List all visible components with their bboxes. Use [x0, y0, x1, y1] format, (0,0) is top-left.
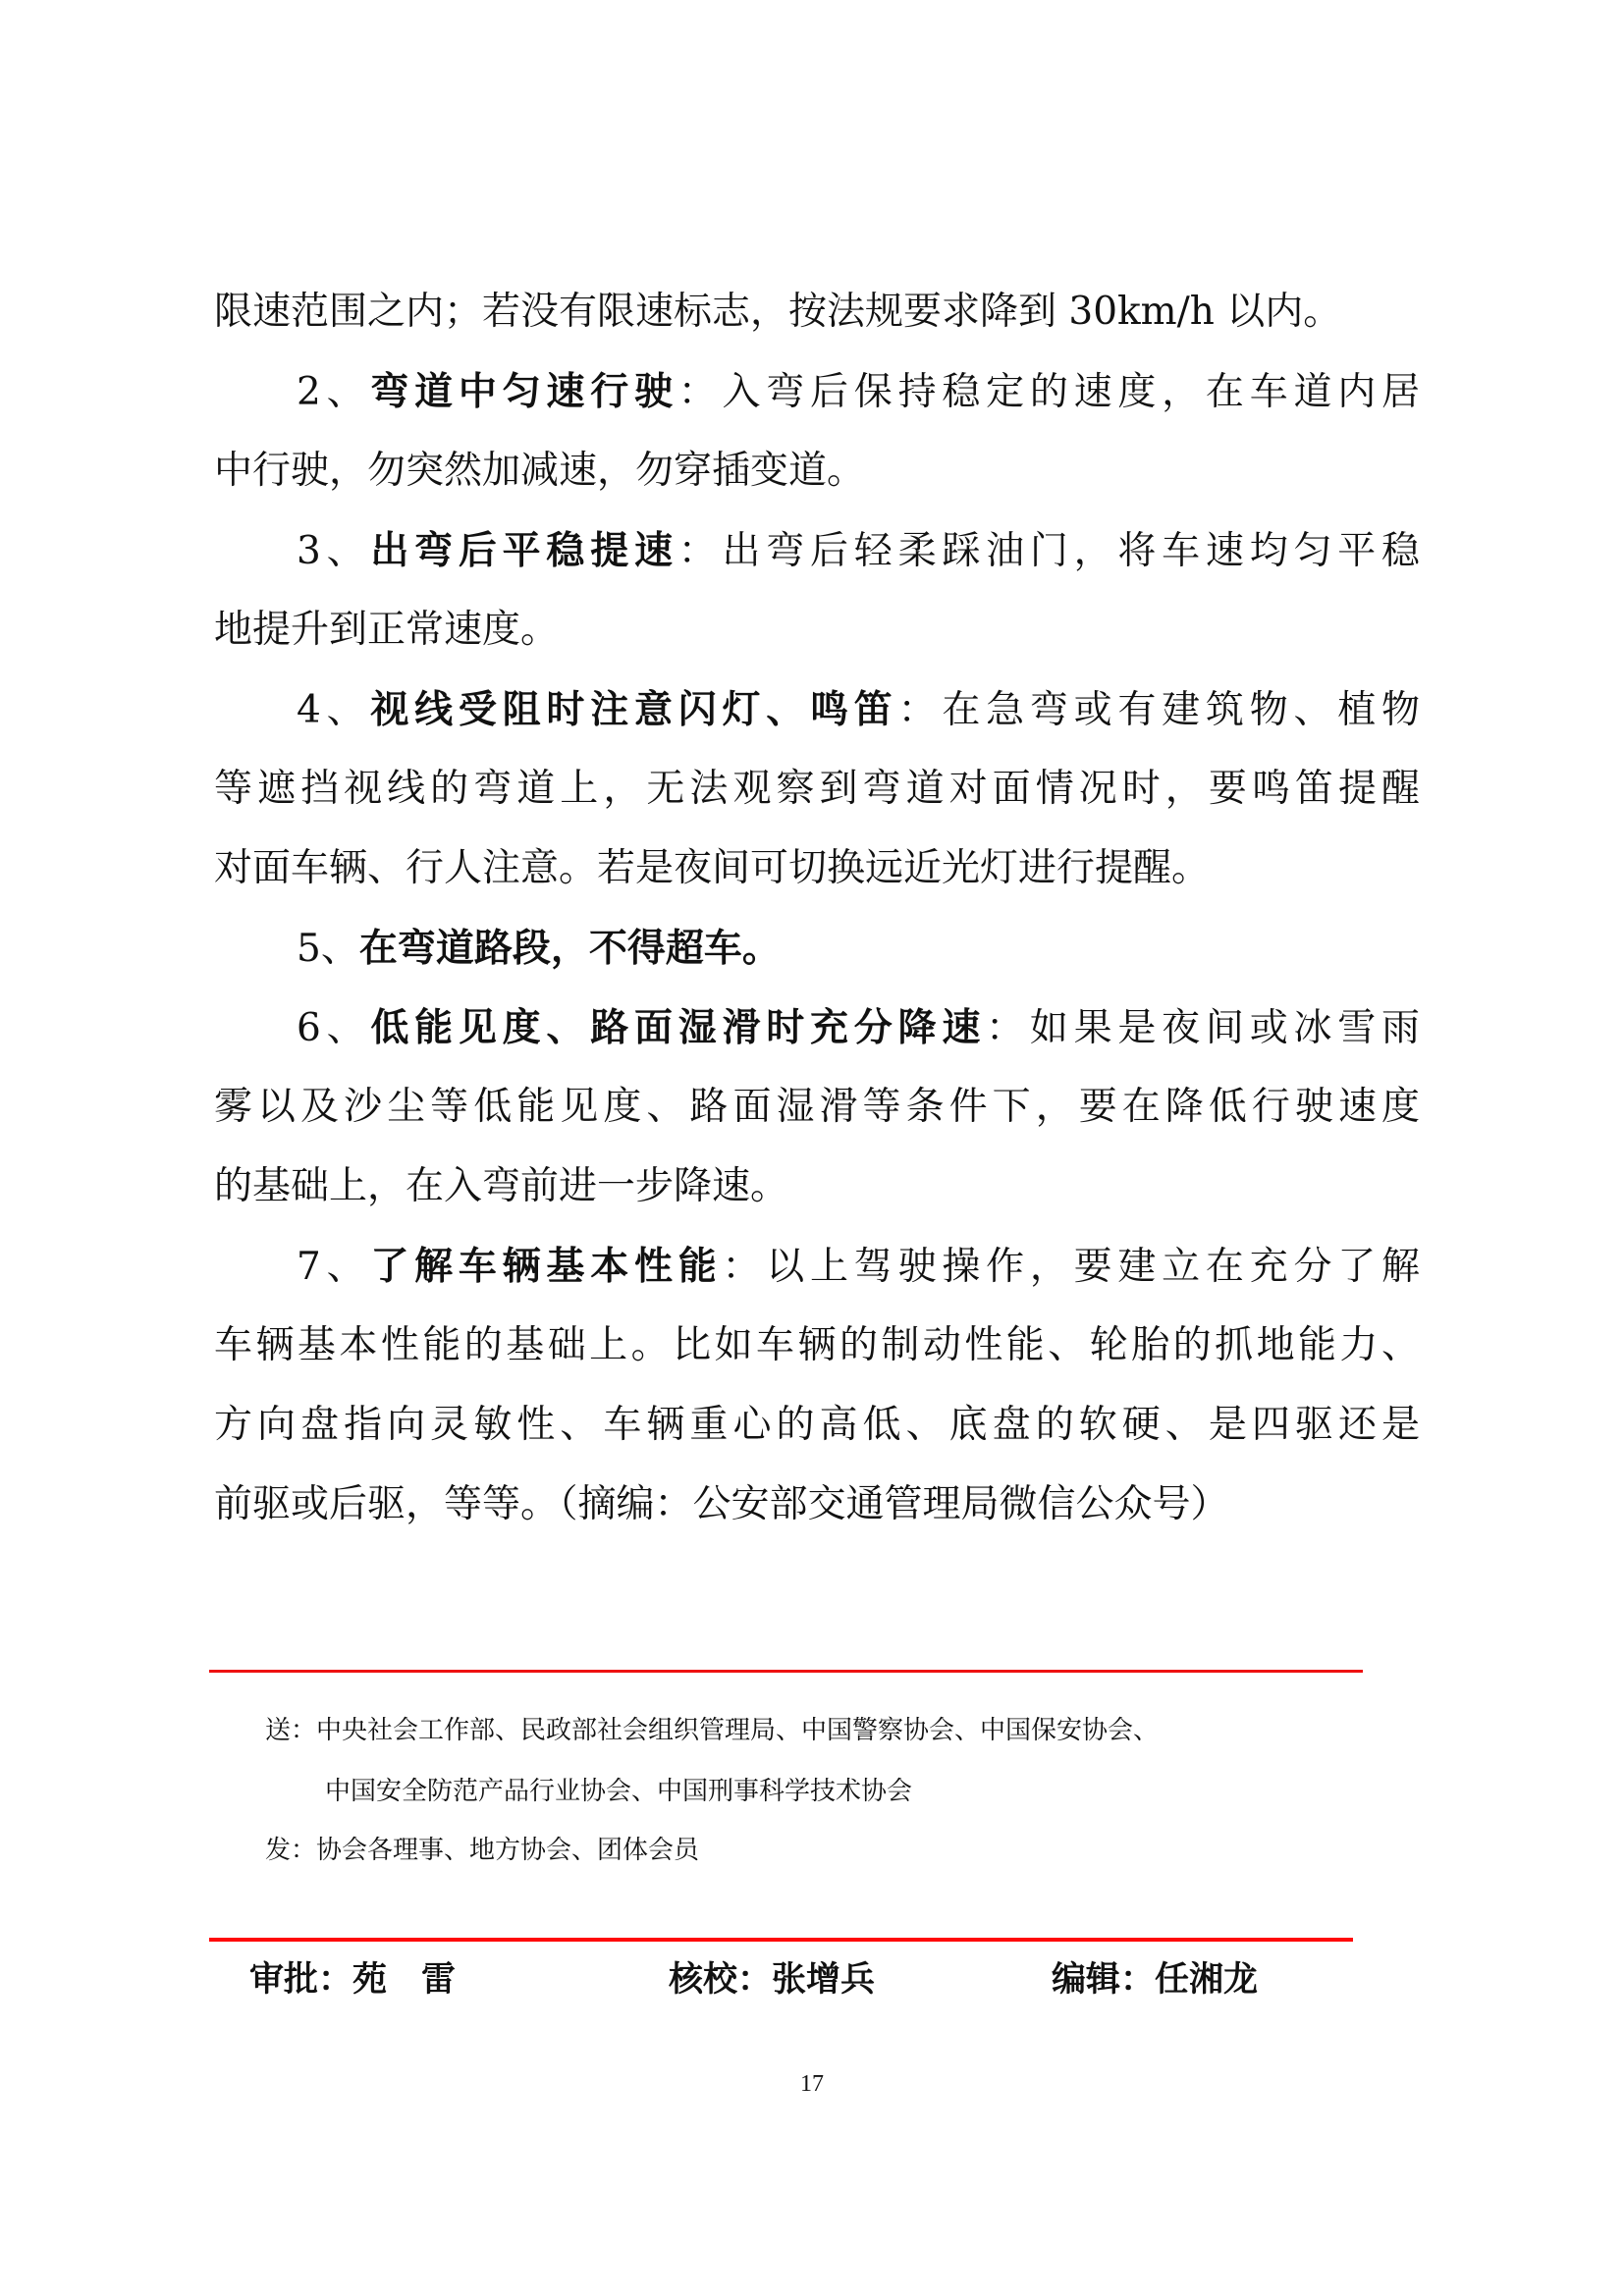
reviewer-signoff: 核校：张增兵 — [669, 1958, 875, 2002]
body-text: 方向盘指向灵敏性、车辆重心的高低、底盘的软硬、是四驱还是 — [214, 1403, 1420, 1447]
body-text: 2、 — [297, 370, 370, 414]
body-line: 车辆基本性能的基础上。比如车辆的制动性能、轮胎的抓地能力、 — [214, 1321, 1420, 1370]
body-line: 中行驶，勿突然加减速，勿穿插变道。 — [214, 447, 1420, 496]
page-number: 17 — [0, 2069, 1624, 2099]
body-text: 对面车辆、行人注意。若是夜间可切换远近光灯进行提醒。 — [214, 846, 1210, 890]
send-to-line-2: 中国安全防范产品行业协会、中国刑事科学技术协会 — [325, 1775, 912, 1808]
send-recipients-1: 中央社会工作部、民政部社会组织管理局、中国警察协会、中国保安协会、 — [316, 1716, 1159, 1745]
body-text: 限速范围之内；若没有限速标志，按法规要求降到 30km/h 以内。 — [214, 290, 1341, 334]
body-line: 4、视线受阻时注意闪灯、鸣笛：在急弯或有建筑物、植物 — [214, 685, 1420, 734]
body-line: 等遮挡视线的弯道上，无法观察到弯道对面情况时，要鸣笛提醒 — [214, 765, 1420, 814]
bold-heading-text: 视线受阻时注意闪灯、鸣笛 — [370, 687, 897, 732]
editor-signoff: 编辑：任湘龙 — [1052, 1958, 1258, 2002]
body-text: 7、 — [297, 1245, 370, 1289]
body-text: 车辆基本性能的基础上。比如车辆的制动性能、轮胎的抓地能力、 — [214, 1323, 1420, 1367]
issue-recipients: 协会各理事、地方协会、团体会员 — [316, 1836, 699, 1865]
bold-heading-text: 出弯后平稳提速 — [370, 528, 677, 573]
body-text: 6、 — [297, 1006, 370, 1050]
body-line: 3、出弯后平稳提速：出弯后轻柔踩油门，将车速均匀平稳 — [214, 526, 1420, 575]
body-line: 对面车辆、行人注意。若是夜间可切换远近光灯进行提醒。 — [214, 844, 1420, 893]
body-text: ：在急弯或有建筑物、植物 — [898, 688, 1420, 732]
send-to-line-1: 送：中央社会工作部、民政部社会组织管理局、中国警察协会、中国保安协会、 — [265, 1714, 1159, 1747]
issue-to-line: 发：协会各理事、地方协会、团体会员 — [265, 1834, 699, 1867]
bold-heading-text: 低能见度、路面湿滑时充分降速 — [370, 1005, 986, 1050]
body-line: 7、了解车辆基本性能：以上驾驶操作，要建立在充分了解 — [214, 1242, 1420, 1291]
body-line: 雾以及沙尘等低能见度、路面湿滑等条件下，要在降低行驶速度 — [214, 1083, 1420, 1132]
body-text: 中行驶，勿突然加减速，勿穿插变道。 — [214, 449, 865, 493]
issue-label: 发： — [265, 1836, 316, 1865]
body-text: 5、 — [297, 927, 359, 971]
body-text: ：入弯后保持稳定的速度，在车道内居 — [678, 370, 1420, 414]
body-text: 地提升到正常速度。 — [214, 608, 559, 652]
document-page: 限速范围之内；若没有限速标志，按法规要求降到 30km/h 以内。2、弯道中匀速… — [0, 0, 1624, 2296]
bold-heading-text: 在弯道路段，不得超车。 — [359, 926, 781, 971]
body-text: ：出弯后轻柔踩油门，将车速均匀平稳 — [678, 529, 1420, 573]
body-text: 前驱或后驱，等等。（摘编：公安部交通管理局微信公众号） — [214, 1482, 1229, 1526]
body-text: ：如果是夜间或冰雪雨 — [986, 1006, 1420, 1050]
body-line: 5、在弯道路段，不得超车。 — [214, 924, 1420, 973]
send-label: 送： — [265, 1716, 316, 1745]
body-line: 2、弯道中匀速行驶：入弯后保持稳定的速度，在车道内居 — [214, 367, 1420, 416]
body-text: 等遮挡视线的弯道上，无法观察到弯道对面情况时，要鸣笛提醒 — [214, 767, 1420, 811]
send-recipients-2: 中国安全防范产品行业协会、中国刑事科学技术协会 — [325, 1777, 912, 1806]
bold-heading-text: 了解车辆基本性能 — [370, 1244, 722, 1289]
body-line: 限速范围之内；若没有限速标志，按法规要求降到 30km/h 以内。 — [214, 288, 1420, 337]
body-line: 地提升到正常速度。 — [214, 606, 1420, 655]
body-text: ：以上驾驶操作，要建立在充分了解 — [723, 1245, 1421, 1289]
bold-heading-text: 弯道中匀速行驶 — [370, 369, 677, 414]
approver-signoff: 审批：苑 雷 — [249, 1958, 456, 2002]
top-divider-red-rule — [209, 1670, 1363, 1673]
bottom-divider-red-rule — [209, 1938, 1353, 1942]
body-text: 4、 — [297, 688, 370, 732]
body-line: 的基础上，在入弯前进一步降速。 — [214, 1162, 1420, 1211]
body-text: 的基础上，在入弯前进一步降速。 — [214, 1164, 788, 1208]
body-line: 6、低能见度、路面湿滑时充分降速：如果是夜间或冰雪雨 — [214, 1003, 1420, 1052]
body-line: 前驱或后驱，等等。（摘编：公安部交通管理局微信公众号） — [214, 1480, 1420, 1529]
body-line: 方向盘指向灵敏性、车辆重心的高低、底盘的软硬、是四驱还是 — [214, 1401, 1420, 1450]
body-text: 雾以及沙尘等低能见度、路面湿滑等条件下，要在降低行驶速度 — [214, 1085, 1420, 1129]
body-text: 3、 — [297, 529, 370, 573]
